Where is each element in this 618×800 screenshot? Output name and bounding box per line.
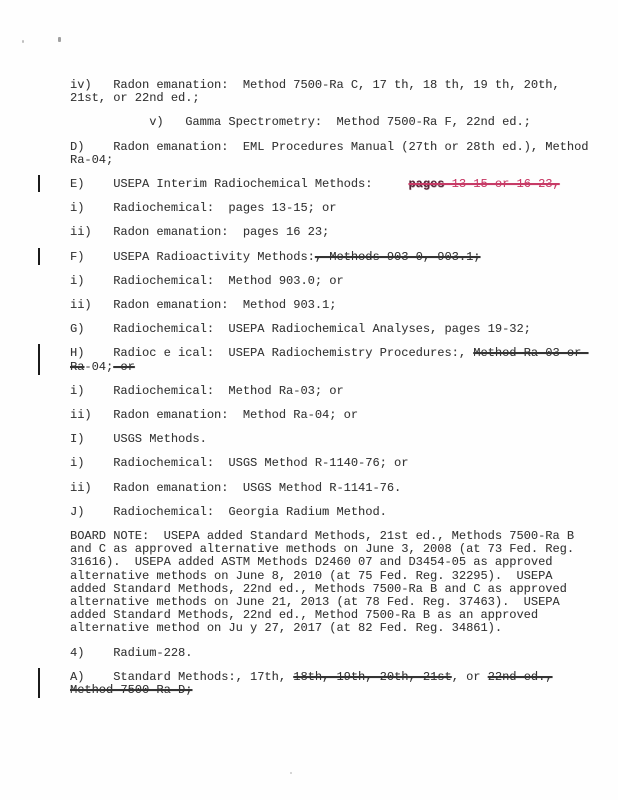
text-line: i) Radiochemical: USGS Method R-1140-76;…: [70, 457, 618, 470]
text-line: i) Radiochemical: Method Ra-03; or: [70, 385, 618, 398]
text-segment: alternative methods on June 21, 2013 (at…: [70, 595, 560, 609]
text-line: Ra-04;: [70, 154, 618, 167]
item-E: E) USEPA Interim Radiochemical Methods: …: [0, 178, 618, 191]
text-line: 4) Radium-228.: [70, 647, 618, 660]
text-segment: J) Radiochemical: Georgia Radium Method.: [70, 505, 387, 519]
text-segment: 13-15 or 16-23,: [444, 177, 559, 191]
text-segment: added Standard Methods, 22nd ed., Method…: [70, 608, 538, 622]
text-segment: Ra-04;: [70, 153, 113, 167]
item-iv: iv) Radon emanation: Method 7500-Ra C, 1…: [0, 79, 618, 105]
text-line: alternative method on Ju y 27, 2017 (at …: [70, 622, 618, 635]
item-F-i: i) Radiochemical: Method 903.0; or: [0, 275, 618, 288]
text-segment: alternative method on Ju y 27, 2017 (at …: [70, 621, 502, 635]
item-H-i: i) Radiochemical: Method Ra-03; or: [0, 385, 618, 398]
text-segment: ii) Radon emanation: Method 903.1;: [70, 298, 336, 312]
text-segment: BOARD NOTE: USEPA added Standard Methods…: [70, 529, 574, 543]
item-F: F) USEPA Radioactivity Methods:, Methods…: [0, 251, 618, 264]
text-segment: A) Standard Methods:, 17th,: [70, 670, 293, 684]
text-segment: i) Radiochemical: Method 903.0; or: [70, 274, 344, 288]
item-F-ii: ii) Radon emanation: Method 903.1;: [0, 299, 618, 312]
text-segment: Method 7500-Ra D;: [70, 683, 192, 697]
text-line: E) USEPA Interim Radiochemical Methods: …: [70, 178, 618, 191]
text-segment: 21st, or 22nd ed.;: [70, 91, 200, 105]
text-line: ii) Radon emanation: USGS Method R-1141-…: [70, 482, 618, 495]
text-segment: ii) Radon emanation: USGS Method R-1141-…: [70, 481, 401, 495]
scan-artifact: [58, 37, 61, 42]
scan-artifact: [290, 772, 292, 774]
text-segment: I) USGS Methods.: [70, 432, 207, 446]
text-segment: G) Radiochemical: USEPA Radiochemical An…: [70, 322, 531, 336]
item-4: 4) Radium-228.: [0, 647, 618, 660]
text-line: F) USEPA Radioactivity Methods:, Methods…: [70, 251, 618, 264]
text-segment: 31616). USEPA added ASTM Methods D2460 0…: [70, 555, 552, 569]
text-segment: i) Radiochemical: USGS Method R-1140-76;…: [70, 456, 408, 470]
text-segment: pages: [408, 177, 444, 191]
text-line: ii) Radon emanation: pages 16 23;: [70, 226, 618, 239]
text-segment: , or: [452, 670, 488, 684]
item-H: H) Radioc e ical: USEPA Radiochemistry P…: [0, 347, 618, 373]
text-segment: alternative methods on June 8, 2010 (at …: [70, 569, 552, 583]
text-segment: iv) Radon emanation: Method 7500-Ra C, 1…: [70, 78, 560, 92]
text-segment: E) USEPA Interim Radiochemical Methods:: [70, 177, 408, 191]
board-note: BOARD NOTE: USEPA added Standard Methods…: [0, 530, 618, 636]
scan-artifact: [22, 40, 24, 43]
text-segment: i) Radiochemical: Method Ra-03; or: [70, 384, 344, 398]
text-line: ii) Radon emanation: Method Ra-04; or: [70, 409, 618, 422]
text-segment: 18th, 19th, 20th, 21st: [293, 670, 451, 684]
text-line: i) Radiochemical: Method 903.0; or: [70, 275, 618, 288]
text-line: Ra-04; or: [70, 361, 618, 374]
item-I-ii: ii) Radon emanation: USGS Method R-1141-…: [0, 482, 618, 495]
text-line: D) Radon emanation: EML Procedures Manua…: [70, 141, 618, 154]
text-line: 21st, or 22nd ed.;: [70, 92, 618, 105]
text-segment: ii) Radon emanation: pages 16 23;: [70, 225, 329, 239]
text-segment: F) USEPA Radioactivity Methods:: [70, 250, 315, 264]
document-body: iv) Radon emanation: Method 7500-Ra C, 1…: [0, 79, 618, 708]
text-line: ii) Radon emanation: Method 903.1;: [70, 299, 618, 312]
text-line: H) Radioc e ical: USEPA Radiochemistry P…: [70, 347, 618, 360]
text-segment: Ra: [70, 360, 84, 374]
item-v: v) Gamma Spectrometry: Method 7500-Ra F,…: [0, 116, 618, 129]
item-E-ii: ii) Radon emanation: pages 16 23;: [0, 226, 618, 239]
text-segment: and C as approved alternative methods on…: [70, 542, 574, 556]
text-line: G) Radiochemical: USEPA Radiochemical An…: [70, 323, 618, 336]
text-segment: 22nd ed.,: [488, 670, 553, 684]
text-line: v) Gamma Spectrometry: Method 7500-Ra F,…: [70, 116, 618, 129]
text-line: I) USGS Methods.: [70, 433, 618, 446]
document-page: iv) Radon emanation: Method 7500-Ra C, 1…: [0, 0, 618, 800]
text-segment: or: [113, 360, 135, 374]
text-segment: ii) Radon emanation: Method Ra-04; or: [70, 408, 358, 422]
text-line: i) Radiochemical: pages 13-15; or: [70, 202, 618, 215]
text-segment: added Standard Methods, 22nd ed., Method…: [70, 582, 567, 596]
item-H-ii: ii) Radon emanation: Method Ra-04; or: [0, 409, 618, 422]
text-segment: i) Radiochemical: pages 13-15; or: [70, 201, 336, 215]
text-segment: H) Radioc e ical: USEPA Radiochemistry P…: [70, 346, 473, 360]
text-segment: 4) Radium-228.: [70, 646, 192, 660]
item-J: J) Radiochemical: Georgia Radium Method.: [0, 506, 618, 519]
item-G: G) Radiochemical: USEPA Radiochemical An…: [0, 323, 618, 336]
item-4-A: A) Standard Methods:, 17th, 18th, 19th, …: [0, 671, 618, 697]
text-segment: D) Radon emanation: EML Procedures Manua…: [70, 140, 588, 154]
text-segment: -04;: [84, 360, 113, 374]
text-segment: Method Ra-03 or: [473, 346, 588, 360]
item-E-i: i) Radiochemical: pages 13-15; or: [0, 202, 618, 215]
text-line: J) Radiochemical: Georgia Radium Method.: [70, 506, 618, 519]
text-line: Method 7500-Ra D;: [70, 684, 618, 697]
text-segment: , Methods 903-0, 903.1;: [315, 250, 481, 264]
text-segment: v) Gamma Spectrometry: Method 7500-Ra F,…: [70, 115, 531, 129]
item-D: D) Radon emanation: EML Procedures Manua…: [0, 141, 618, 167]
item-I: I) USGS Methods.: [0, 433, 618, 446]
item-I-i: i) Radiochemical: USGS Method R-1140-76;…: [0, 457, 618, 470]
